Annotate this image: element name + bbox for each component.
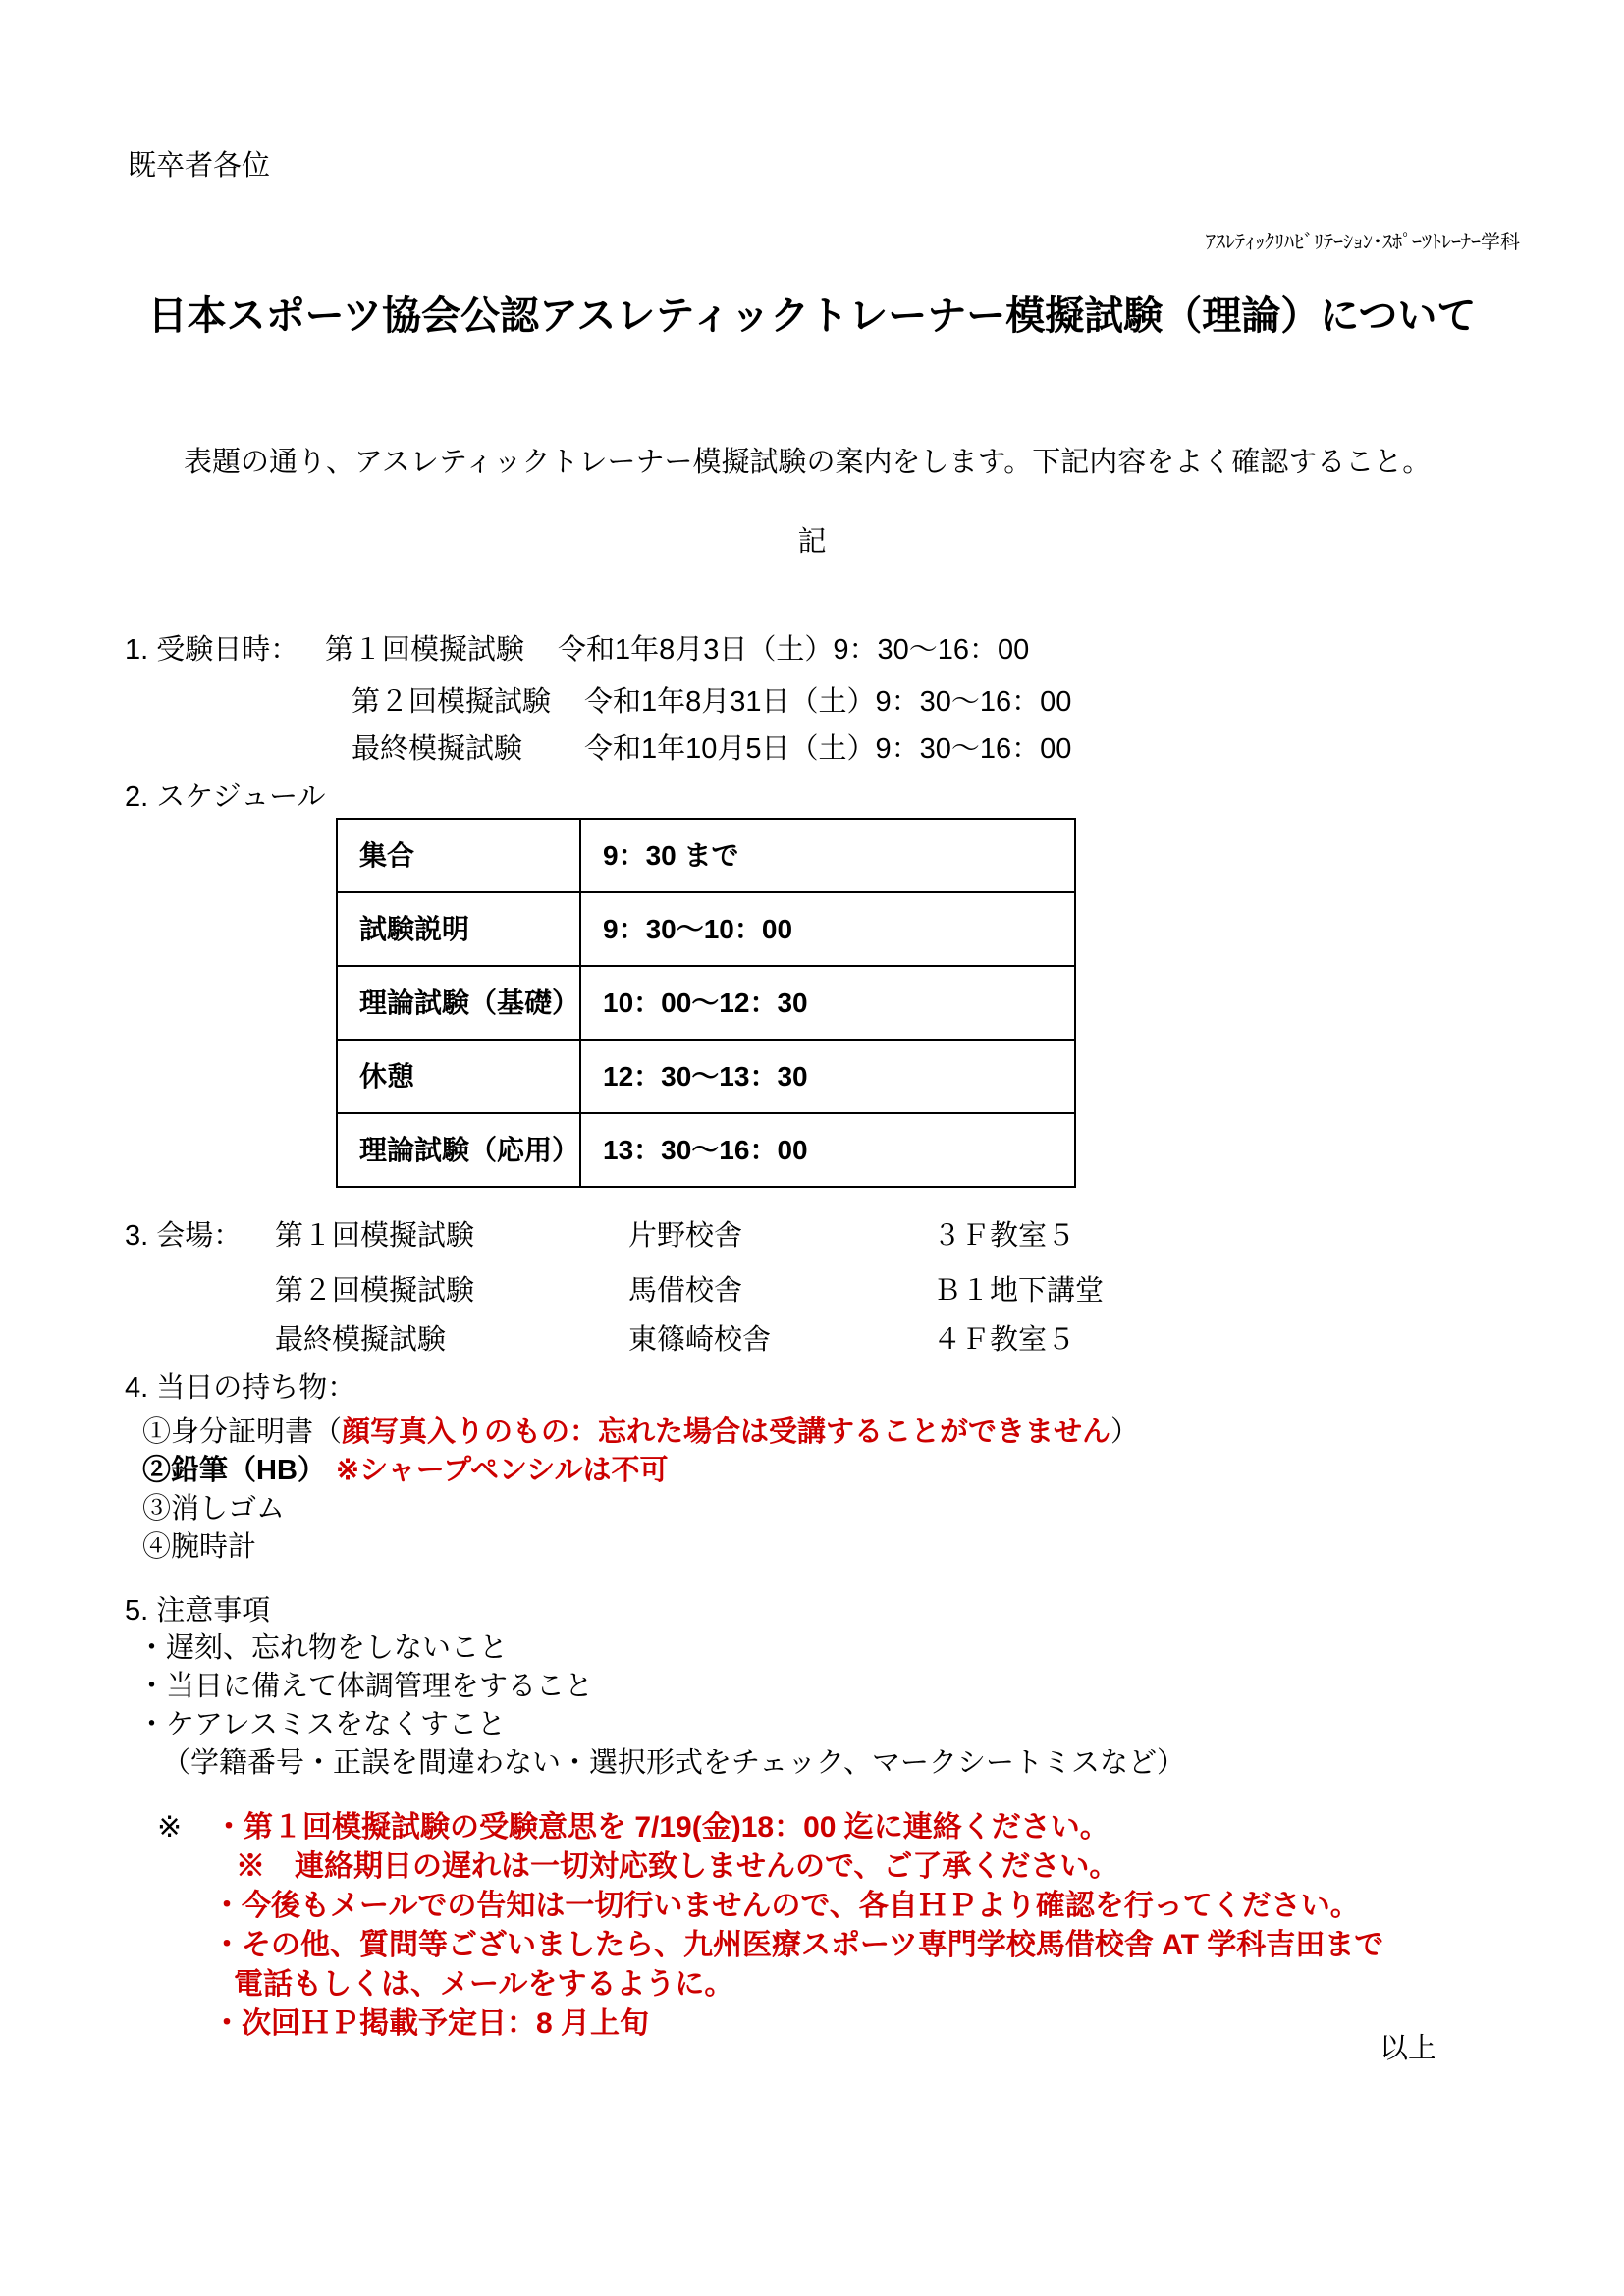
exam-datetime: 令和1年8月31日（土）9：30～16：00 [584, 686, 1071, 718]
note-line: ・今後もメールでの告知は一切行いませんので、各自ＨＰより確認を行ってください。 [157, 1887, 1383, 1926]
schedule-item: 理論試験（応用） [337, 1113, 580, 1187]
exam-datetime: 令和1年10月5日（土）9：30～16：00 [584, 733, 1071, 765]
note-line: ※・第１回模擬試験の受験意思を 7/19(金)18：00 迄に連絡ください。 [157, 1808, 1383, 1847]
venue-building: 馬借校舎 [628, 1266, 933, 1315]
important-notes: ※・第１回模擬試験の受験意思を 7/19(金)18：00 迄に連絡ください。 ※… [157, 1808, 1383, 2044]
exam-name: 第１回模擬試験 [325, 631, 558, 669]
section4-heading: 4. 当日の持ち物： [125, 1369, 355, 1408]
schedule-item: 集合 [337, 819, 580, 892]
section4-items: ①身分証明書（顔写真入りのもの：忘れた場合は受講することができません） ②鉛筆（… [142, 1414, 1139, 1567]
venue-room: Ｂ１地下講堂 [933, 1275, 1104, 1307]
venue-exam-name: 第２回模擬試験 [275, 1266, 628, 1315]
bring-item-warning: ※シャープペンシルは不可 [336, 1455, 669, 1486]
caution-item: ・当日に備えて体調管理をすること [137, 1668, 1185, 1706]
section3-venues: 第２回模擬試験馬借校舎Ｂ１地下講堂 最終模擬試験東篠崎校舎４Ｆ教室５ [275, 1266, 1104, 1364]
exam-datetime: 令和1年8月3日（土）9：30～16：00 [558, 634, 1029, 666]
exam-date-row: 最終模擬試験令和1年10月5日（土）9：30～16：00 [352, 725, 1071, 773]
schedule-time: 9：30 まで [580, 819, 1075, 892]
exam-name: 最終模擬試験 [352, 725, 584, 773]
note-line: ※ 連絡期日の遅れは一切対応致しませんので、ご了承ください。 [157, 1847, 1383, 1887]
section5-items: ・遅刻、忘れ物をしないこと ・当日に備えて体調管理をすること ・ケアレスミスをな… [137, 1629, 1185, 1783]
venue-exam-name: 最終模擬試験 [275, 1315, 628, 1364]
bring-item-suffix: ） [1110, 1416, 1139, 1448]
schedule-item: 試験説明 [337, 892, 580, 966]
caution-item: ・ケアレスミスをなくすこと [137, 1706, 1185, 1744]
schedule-time: 13：30～16：00 [580, 1113, 1075, 1187]
venue-row: 最終模擬試験東篠崎校舎４Ｆ教室５ [275, 1315, 1104, 1364]
caution-item: ・遅刻、忘れ物をしないこと [137, 1629, 1185, 1668]
note-line: 電話もしくは、メールをするように。 [157, 1965, 1383, 2004]
section1-heading: 1. 受験日時： [125, 631, 325, 669]
bring-item-watch: ④腕時計 [142, 1528, 1139, 1567]
schedule-time: 12：30～13：30 [580, 1040, 1075, 1113]
section2-heading: 2. スケジュール [125, 778, 326, 817]
bring-item-label: ②鉛筆（HB） [142, 1455, 326, 1486]
schedule-item: 理論試験（基礎） [337, 966, 580, 1040]
bring-item-id: ①身分証明書（顔写真入りのもの：忘れた場合は受講することができません） [142, 1414, 1139, 1452]
schedule-table: 集合 9：30 まで 試験説明 9：30～10：00 理論試験（基礎） 10：0… [336, 818, 1076, 1188]
closing-mark: 以上 [1380, 2030, 1436, 2068]
schedule-row: 試験説明 9：30～10：00 [337, 892, 1075, 966]
venue-room: ３Ｆ教室５ [933, 1220, 1075, 1252]
venue-room: ４Ｆ教室５ [933, 1324, 1075, 1356]
department-name: ｱｽﾚﾃｨｯｸﾘﾊﾋﾞﾘﾃｰｼｮﾝ･ｽﾎﾟｰﾂﾄﾚｰﾅｰ学科 [1206, 230, 1520, 256]
schedule-row: 休憩 12：30～13：30 [337, 1040, 1075, 1113]
schedule-time: 9：30～10：00 [580, 892, 1075, 966]
schedule-row: 理論試験（応用） 13：30～16：00 [337, 1113, 1075, 1187]
venue-building: 片野校舎 [628, 1217, 933, 1255]
bring-item-prefix: ①身分証明書（ [142, 1416, 342, 1448]
schedule-row: 理論試験（基礎） 10：00～12：30 [337, 966, 1075, 1040]
venue-building: 東篠崎校舎 [628, 1315, 933, 1364]
bring-item-warning: 顔写真入りのもの：忘れた場合は受講することができません [342, 1416, 1110, 1448]
record-mark: 記 [0, 523, 1624, 561]
schedule-time: 10：00～12：30 [580, 966, 1075, 1040]
section5-heading: 5. 注意事項 [125, 1592, 270, 1630]
exam-name: 第２回模擬試験 [352, 678, 584, 725]
venue-row: 第２回模擬試験馬借校舎Ｂ１地下講堂 [275, 1266, 1104, 1315]
venue-exam-name: 第１回模擬試験 [275, 1217, 628, 1255]
exam-date-row: 第２回模擬試験令和1年8月31日（土）9：30～16：00 [352, 678, 1071, 725]
schedule-row: 集合 9：30 まで [337, 819, 1075, 892]
document-page: 既卒者各位 ｱｽﾚﾃｨｯｸﾘﾊﾋﾞﾘﾃｰｼｮﾝ･ｽﾎﾟｰﾂﾄﾚｰﾅｰ学科 日本ス… [0, 0, 1624, 2296]
section1-exam-dates: 第２回模擬試験令和1年8月31日（土）9：30～16：00 最終模擬試験令和1年… [352, 678, 1071, 773]
document-title: 日本スポーツ協会公認アスレティックトレーナー模擬試験（理論）について [0, 290, 1624, 343]
note-line: ・その他、質問等ございましたら、九州医療スポーツ専門学校馬借校舎 AT 学科吉田… [157, 1926, 1383, 1965]
schedule-item: 休憩 [337, 1040, 580, 1113]
note-line: ・次回ＨＰ掲載予定日：8 月上旬 [157, 2004, 1383, 2044]
intro-paragraph: 表題の通り、アスレティックトレーナー模擬試験の案内をします。下記内容をよく確認す… [184, 444, 1431, 482]
asterisk-mark: ※ [157, 1808, 214, 1847]
section3-heading: 3. 会場： [125, 1217, 275, 1255]
recipient-line: 既卒者各位 [128, 147, 270, 186]
section1-line1: 1. 受験日時：第１回模擬試験令和1年8月3日（土）9：30～16：00 [125, 631, 1029, 669]
bring-item-pencil: ②鉛筆（HB）※シャープペンシルは不可 [142, 1452, 1139, 1490]
note-text: ・第１回模擬試験の受験意思を 7/19(金)18：00 迄に連絡ください。 [214, 1811, 1110, 1843]
section3-line1: 3. 会場：第１回模擬試験片野校舎３Ｆ教室５ [125, 1217, 1075, 1255]
bring-item-eraser: ③消しゴム [142, 1490, 1139, 1528]
caution-note: （学籍番号・正誤を間違わない・選択形式をチェック、マークシートミスなど） [137, 1744, 1185, 1783]
